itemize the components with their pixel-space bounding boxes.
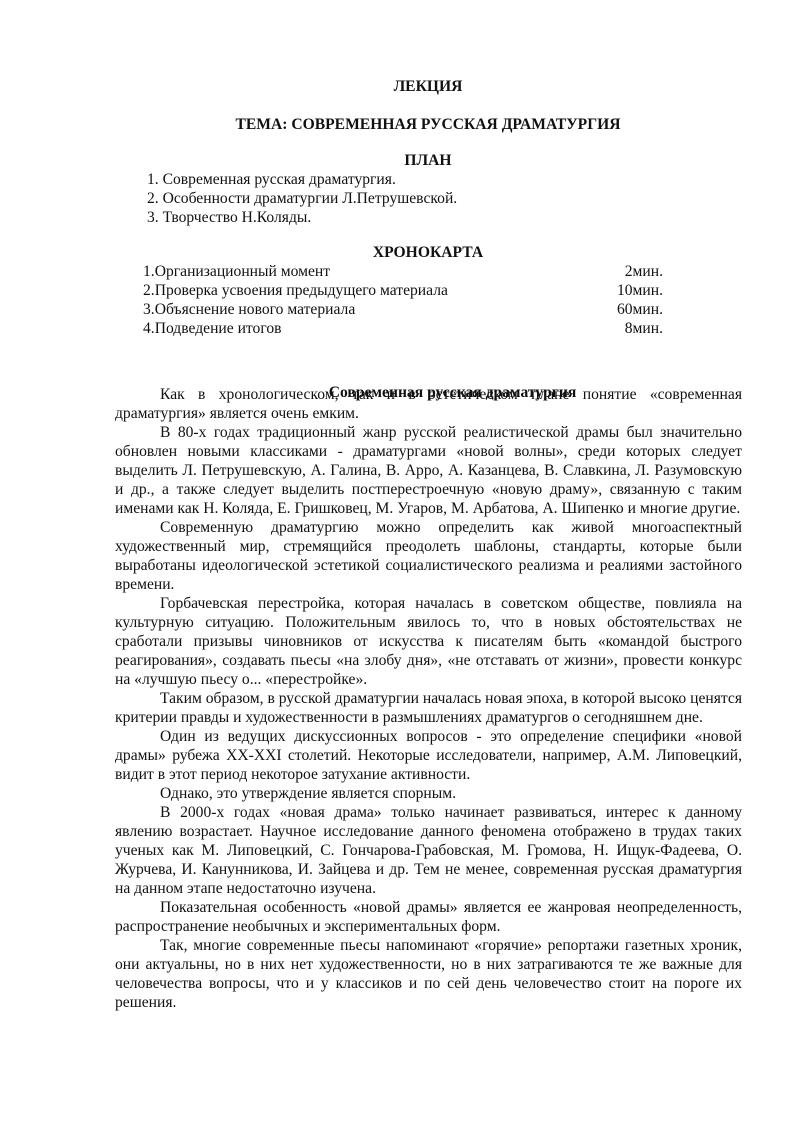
paragraph: Современную драматургию можно определить…	[115, 518, 742, 594]
chronocard-time: 60мин.	[603, 300, 663, 319]
body-text: Как в хронологическом, так и в эстетичес…	[115, 385, 742, 1012]
paragraph: Один из ведущих дискуссионных вопросов -…	[115, 727, 742, 784]
chronocard-row: 4.Подведение итогов 8мин.	[143, 319, 663, 338]
chronocard-row: 1.Организационный момент 2мин.	[143, 262, 663, 281]
paragraph: Таким образом, в русской драматургии нач…	[115, 689, 742, 727]
chronocard-table: 1.Организационный момент 2мин. 2.Проверк…	[143, 262, 663, 338]
document-page: ЛЕКЦИЯ ТЕМА: СОВРЕМЕННАЯ РУССКАЯ ДРАМАТУ…	[0, 0, 800, 1131]
chronocard-time: 2мин.	[603, 262, 663, 281]
paragraph: В 80-х годах традиционный жанр русской р…	[115, 423, 742, 518]
chronocard-label: 1.Организационный момент	[143, 263, 330, 280]
chronocard-time: 10мин.	[603, 281, 663, 300]
chronocard-time: 8мин.	[603, 319, 663, 338]
paragraph: Как в хронологическом, так и в эстетичес…	[115, 385, 742, 423]
topic-heading: ТЕМА: СОВРЕМЕННАЯ РУССКАЯ ДРАМАТУРГИЯ	[28, 116, 800, 134]
plan-item: 3. Творчество Н.Коляды.	[147, 208, 457, 227]
chronocard-row: 2.Проверка усвоения предыдущего материал…	[143, 281, 663, 300]
paragraph: Так, многие современные пьесы напоминают…	[115, 936, 742, 1012]
paragraph: В 2000-х годах «новая драма» только начи…	[115, 803, 742, 898]
chronocard-label: 2.Проверка усвоения предыдущего материал…	[143, 282, 448, 299]
paragraph: Показательная особенность «новой драмы» …	[115, 898, 742, 936]
chronocard-heading: ХРОНОКАРТА	[28, 244, 800, 262]
chronocard-label: 4.Подведение итогов	[143, 320, 282, 337]
chronocard-row: 3.Объяснение нового материала 60мин.	[143, 300, 663, 319]
plan-list: 1. Современная русская драматургия. 2. О…	[147, 170, 457, 227]
chronocard-label: 3.Объяснение нового материала	[143, 301, 355, 318]
paragraph: Горбачевская перестройка, которая начала…	[115, 594, 742, 689]
lecture-heading: ЛЕКЦИЯ	[28, 78, 800, 96]
plan-item: 2. Особенности драматургии Л.Петрушевско…	[147, 189, 457, 208]
plan-item: 1. Современная русская драматургия.	[147, 170, 457, 189]
paragraph: Однако, это утверждение является спорным…	[115, 784, 742, 803]
plan-heading: ПЛАН	[28, 152, 800, 170]
